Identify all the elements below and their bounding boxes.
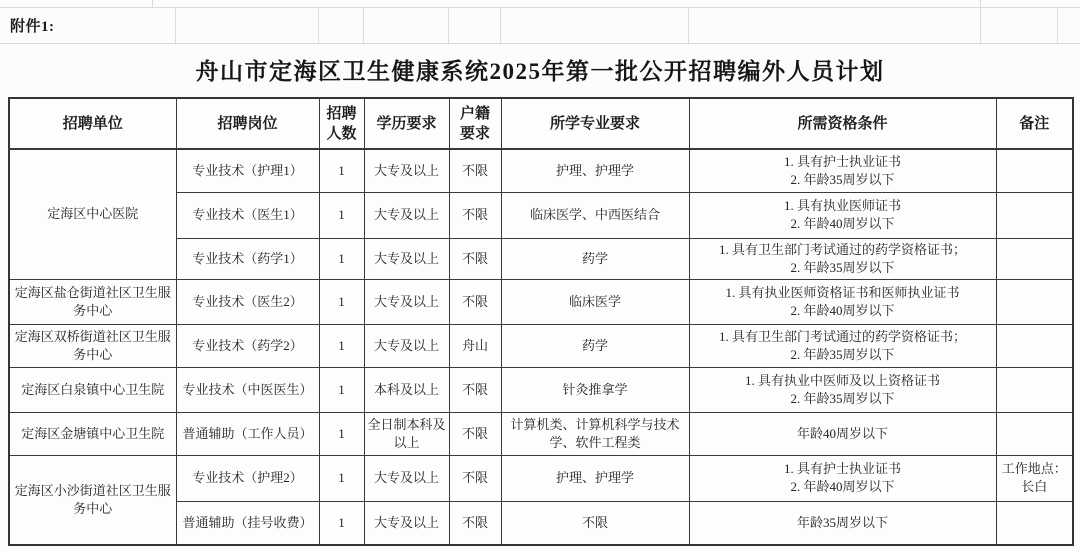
cell-note: [996, 192, 1073, 238]
cell-unit: 定海区小沙街道社区卫生服务中心: [9, 455, 176, 545]
grid-line: [363, 7, 364, 43]
cell-major: 计算机类、计算机科学与技术学、软件工程类: [501, 412, 689, 455]
cell-position: 专业技术（中医医生）: [176, 367, 319, 412]
cell-count: 1: [319, 412, 364, 455]
cell-major: 临床医学、中西医结合: [501, 192, 689, 238]
cell-note: [996, 279, 1073, 324]
grid-line: [980, 0, 981, 7]
cell-education: 全日制本科及以上: [364, 412, 449, 455]
cell-education: 大专及以上: [364, 238, 449, 279]
cell-position: 专业技术（护理2）: [176, 455, 319, 501]
cell-education: 本科及以上: [364, 367, 449, 412]
col-header-unit: 招聘单位: [9, 98, 176, 149]
cell-note: [996, 367, 1073, 412]
cell-note: [996, 238, 1073, 279]
cell-count: 1: [319, 192, 364, 238]
cell-major: 护理、护理学: [501, 455, 689, 501]
cell-count: 1: [319, 238, 364, 279]
cell-note: [996, 324, 1073, 367]
cell-position: 专业技术（医生1）: [176, 192, 319, 238]
cell-hukou: 不限: [449, 367, 501, 412]
cell-count: 1: [319, 455, 364, 501]
cell-position: 普通辅助（挂号收费）: [176, 501, 319, 545]
cell-education: 大专及以上: [364, 324, 449, 367]
cell-position: 普通辅助（工作人员）: [176, 412, 319, 455]
grid-line: [152, 0, 153, 7]
cell-hukou: 舟山: [449, 324, 501, 367]
cell-unit: 定海区中心医院: [9, 149, 176, 279]
cell-qualifications: 1. 具有卫生部门考试通过的药学资格证书； 2. 年龄35周岁以下: [689, 238, 996, 279]
col-header-major: 所学专业要求: [501, 98, 689, 149]
table-row: 定海区中心医院 专业技术（护理1） 1 大专及以上 不限 护理、护理学 1. 具…: [9, 149, 1073, 192]
cell-qualifications: 1. 具有执业医师证书 2. 年龄40周岁以下: [689, 192, 996, 238]
cell-position: 专业技术（护理1）: [176, 149, 319, 192]
attachment-label: 附件1:: [0, 7, 170, 43]
grid-line: [318, 7, 319, 43]
table-row: 定海区双桥街道社区卫生服务中心 专业技术（药学2） 1 大专及以上 舟山 药学 …: [9, 324, 1073, 367]
cell-unit: 定海区盐仓街道社区卫生服务中心: [9, 279, 176, 324]
cell-note: [996, 412, 1073, 455]
col-header-hukou: 户籍要求: [449, 98, 501, 149]
table-row: 定海区白泉镇中心卫生院 专业技术（中医医生） 1 本科及以上 不限 针灸推拿学 …: [9, 367, 1073, 412]
page-title: 舟山市定海区卫生健康系统2025年第一批公开招聘编外人员计划: [0, 42, 1080, 97]
grid-line: [500, 7, 501, 43]
cell-education: 大专及以上: [364, 149, 449, 192]
cell-note: 工作地点：长白: [996, 455, 1073, 501]
col-header-qualifications: 所需资格条件: [689, 98, 996, 149]
cell-position: 专业技术（药学1）: [176, 238, 319, 279]
col-header-note: 备注: [996, 98, 1073, 149]
grid-line: [175, 7, 176, 43]
cell-position: 专业技术（医生2）: [176, 279, 319, 324]
spreadsheet-page: 附件1: 舟山市定海区卫生健康系统2025年第一批公开招聘编外人员计划 招聘单位…: [0, 0, 1080, 551]
cell-major: 护理、护理学: [501, 149, 689, 192]
cell-hukou: 不限: [449, 279, 501, 324]
cell-major: 临床医学: [501, 279, 689, 324]
table-row: 定海区小沙街道社区卫生服务中心 专业技术（护理2） 1 大专及以上 不限 护理、…: [9, 455, 1073, 501]
cell-major: 药学: [501, 238, 689, 279]
col-header-count: 招聘人数: [319, 98, 364, 149]
table-row: 定海区金塘镇中心卫生院 普通辅助（工作人员） 1 全日制本科及以上 不限 计算机…: [9, 412, 1073, 455]
cell-education: 大专及以上: [364, 455, 449, 501]
cell-note: [996, 501, 1073, 545]
cell-hukou: 不限: [449, 238, 501, 279]
cell-education: 大专及以上: [364, 501, 449, 545]
cell-education: 大专及以上: [364, 192, 449, 238]
cell-major: 药学: [501, 324, 689, 367]
col-header-position: 招聘岗位: [176, 98, 319, 149]
cell-qualifications: 1. 具有护士执业证书 2. 年龄40周岁以下: [689, 455, 996, 501]
grid-line: [1057, 7, 1058, 43]
grid-line: [688, 7, 689, 43]
cell-education: 大专及以上: [364, 279, 449, 324]
cell-qualifications: 年龄35周岁以下: [689, 501, 996, 545]
cell-note: [996, 149, 1073, 192]
header-row: 招聘单位 招聘岗位 招聘人数 学历要求 户籍要求 所学专业要求 所需资格条件 备…: [9, 98, 1073, 149]
cell-qualifications: 1. 具有执业医师资格证书和医师执业证书 2. 年龄40周岁以下: [689, 279, 996, 324]
cell-qualifications: 年龄40周岁以下: [689, 412, 996, 455]
grid-line: [448, 7, 449, 43]
cell-count: 1: [319, 279, 364, 324]
cell-hukou: 不限: [449, 149, 501, 192]
cell-unit: 定海区白泉镇中心卫生院: [9, 367, 176, 412]
cell-count: 1: [319, 149, 364, 192]
cell-hukou: 不限: [449, 192, 501, 238]
table-row: 定海区盐仓街道社区卫生服务中心 专业技术（医生2） 1 大专及以上 不限 临床医…: [9, 279, 1073, 324]
cell-hukou: 不限: [449, 501, 501, 545]
cell-qualifications: 1. 具有执业中医师及以上资格证书 2. 年龄35周岁以下: [689, 367, 996, 412]
cell-unit: 定海区双桥街道社区卫生服务中心: [9, 324, 176, 367]
cell-count: 1: [319, 324, 364, 367]
grid-line: [980, 7, 981, 43]
recruitment-table: 招聘单位 招聘岗位 招聘人数 学历要求 户籍要求 所学专业要求 所需资格条件 备…: [8, 97, 1074, 546]
cell-position: 专业技术（药学2）: [176, 324, 319, 367]
cell-hukou: 不限: [449, 412, 501, 455]
cell-unit: 定海区金塘镇中心卫生院: [9, 412, 176, 455]
cell-count: 1: [319, 501, 364, 545]
cell-qualifications: 1. 具有护士执业证书 2. 年龄35周岁以下: [689, 149, 996, 192]
cell-qualifications: 1. 具有卫生部门考试通过的药学资格证书； 2. 年龄35周岁以下: [689, 324, 996, 367]
col-header-education: 学历要求: [364, 98, 449, 149]
cell-hukou: 不限: [449, 455, 501, 501]
cell-count: 1: [319, 367, 364, 412]
cell-major: 针灸推拿学: [501, 367, 689, 412]
cell-major: 不限: [501, 501, 689, 545]
